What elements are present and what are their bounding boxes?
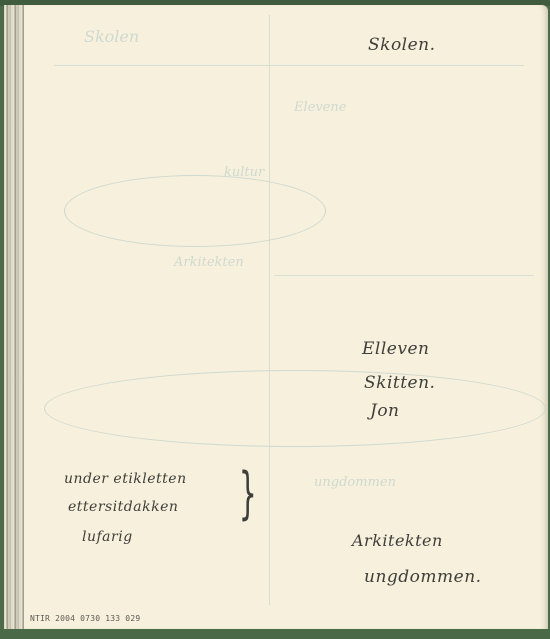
handwriting-skitten: Skitten. <box>364 373 435 393</box>
handwriting-jon: Jon <box>370 401 400 421</box>
show-through-oval <box>64 175 326 247</box>
handwriting-lufarig: lufarig <box>82 529 133 545</box>
handwriting-ungdommen: ungdommen. <box>364 567 482 587</box>
show-through-text: kultur <box>224 165 264 180</box>
notebook-page: Skolen Elevene Arkitekten kultur ungdomm… <box>24 5 548 629</box>
show-through-line <box>54 65 524 66</box>
handwriting-under-etikletten: under etikletten <box>64 471 187 487</box>
brace-mark: } <box>239 461 257 526</box>
show-through-oval <box>44 370 546 447</box>
handwriting-arkitekten: Arkitekten <box>352 531 443 550</box>
show-through-text: ungdommen <box>314 475 396 490</box>
show-through-text: Arkitekten <box>174 255 244 270</box>
notebook-cover-bottom <box>0 629 550 639</box>
show-through-text: Elevene <box>294 100 346 115</box>
show-through-text: Skolen <box>84 27 139 46</box>
handwriting-ettersitdakken: ettersitdakken <box>68 499 178 515</box>
show-through-line <box>269 15 270 605</box>
show-through-line <box>274 275 534 276</box>
archive-stamp: NTIR 2004 0730 133 029 <box>30 614 140 623</box>
handwriting-skolen: Skolen. <box>368 35 436 55</box>
handwriting-elevene: Elleven <box>362 339 429 359</box>
